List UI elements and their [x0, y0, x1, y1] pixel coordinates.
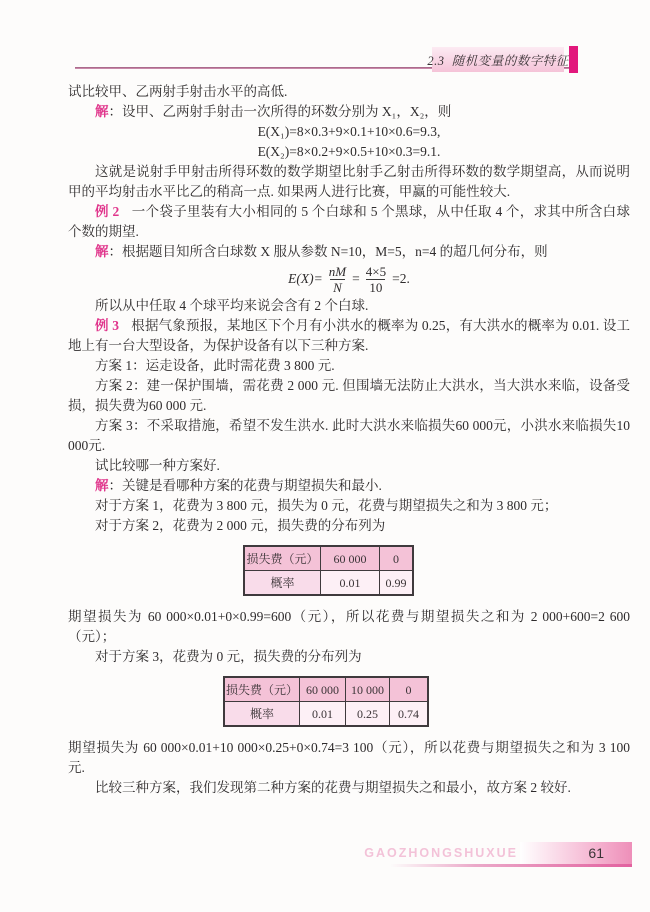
table-cell: 0.01	[300, 702, 346, 727]
paragraph: 方案 3：不采取措施，希望不发生洪水. 此时大洪水来临损失60 000元，小洪水…	[68, 416, 630, 456]
table-cell: 0.74	[390, 702, 429, 727]
paragraph: 期望损失为 60 000×0.01+10 000×0.25+0×0.74=3 1…	[68, 738, 630, 778]
paragraph: 例 2一个袋子里装有大小相同的 5 个白球和 5 个黑球，从中任取 4 个，求其…	[68, 202, 630, 242]
fraction-numerator: 4×5	[363, 264, 389, 279]
header-accent-bar	[569, 46, 578, 73]
table-cell: 概率	[244, 571, 321, 596]
solution-label: 解	[95, 244, 109, 259]
paragraph: 对于方案 1，花费为 3 800 元，损失为 0 元，花费与期望损失之和为 3 …	[68, 496, 630, 516]
footer-brand: GAOZHONGSHUXUE	[364, 846, 518, 860]
fraction: nMN	[326, 264, 349, 295]
paragraph-text: 一个袋子里装有大小相同的 5 个白球和 5 个黑球，从中任取 4 个，求其中所含…	[68, 204, 630, 239]
equals-sign: =	[352, 264, 360, 294]
fraction: 4×510	[363, 264, 389, 295]
table-row: 损失费（元） 60 000 0	[244, 546, 413, 571]
solution-label: 解	[95, 478, 109, 493]
paragraph: 对于方案 2，花费为 2 000 元，损失费的分布列为	[68, 516, 630, 536]
table-cell: 0	[390, 677, 429, 702]
table-cell: 0	[380, 546, 414, 571]
formula-lead: E(X)=	[288, 264, 323, 294]
paragraph-text: ：设甲、乙两射手射击一次所得的环数分别为 X₁，X₂，则	[109, 104, 452, 119]
paragraph: 方案 2：建一保护围墙，需花费 2 000 元. 但围墙无法防止大洪水，当大洪水…	[68, 376, 630, 416]
section-label: 2.3 随机变量的数字特征	[427, 51, 568, 69]
table-cell: 60 000	[300, 677, 346, 702]
table-row: 损失费（元） 60 000 10 000 0	[224, 677, 428, 702]
example-label: 例 3	[95, 318, 119, 333]
formula-line: E(X)=nMN=4×510=2.	[68, 262, 630, 296]
page-content: 试比较甲、乙两射手射击水平的高低. 解：设甲、乙两射手射击一次所得的环数分别为 …	[68, 82, 630, 798]
page-number-box: 61	[520, 842, 632, 864]
table-row: 概率 0.01 0.25 0.74	[224, 702, 428, 727]
solution-label: 解	[95, 104, 109, 119]
table-cell: 10 000	[346, 677, 390, 702]
formula-line: E(X₁)=8×0.3+9×0.1+10×0.6=9.3,	[68, 122, 630, 142]
table-cell: 0.25	[346, 702, 390, 727]
table-cell: 60 000	[321, 546, 380, 571]
paragraph: 对于方案 3，花费为 0 元，损失费的分布列为	[68, 647, 630, 667]
paragraph-text: 根据气象预报，某地区下个月有小洪水的概率为 0.25，有大洪水的概率为 0.01…	[68, 318, 630, 353]
table-cell: 0.01	[321, 571, 380, 596]
table-cell: 概率	[224, 702, 300, 727]
paragraph: 试比较甲、乙两射手射击水平的高低.	[68, 82, 630, 102]
footer-rule	[390, 864, 632, 867]
distribution-table-plan2: 损失费（元） 60 000 0 概率 0.01 0.99	[243, 545, 414, 596]
formula-line: E(X₂)=8×0.2+9×0.5+10×0.3=9.1.	[68, 142, 630, 162]
table-row: 概率 0.01 0.99	[244, 571, 413, 596]
page-number: 61	[588, 845, 604, 861]
table-cell: 0.99	[380, 571, 414, 596]
textbook-page: 2.3 随机变量的数字特征 试比较甲、乙两射手射击水平的高低. 解：设甲、乙两射…	[0, 0, 650, 912]
paragraph: 解：根据题目知所含白球数 X 服从参数 N=10，M=5，n=4 的超几何分布，…	[68, 242, 630, 262]
paragraph: 方案 1：运走设备，此时需花费 3 800 元.	[68, 356, 630, 376]
paragraph-text: ：关键是看哪种方案的花费与期望损失和最小.	[109, 478, 382, 493]
paragraph: 所以从中任取 4 个球平均来说会含有 2 个白球.	[68, 296, 630, 316]
paragraph-text: ：根据题目知所含白球数 X 服从参数 N=10，M=5，n=4 的超几何分布，则	[109, 244, 548, 259]
fraction-denominator: N	[330, 279, 345, 295]
paragraph: 试比较哪一种方案好.	[68, 456, 630, 476]
fraction-numerator: nM	[326, 264, 349, 279]
formula-result: =2.	[392, 264, 410, 294]
paragraph: 比较三种方案，我们发现第二种方案的花费与期望损失之和最小，故方案 2 较好.	[68, 778, 630, 798]
paragraph: 例 3根据气象预报，某地区下个月有小洪水的概率为 0.25，有大洪水的概率为 0…	[68, 316, 630, 356]
page-footer: GAOZHONGSHUXUE 61	[364, 842, 632, 864]
paragraph: 期望损失为 60 000×0.01+0×0.99=600（元），所以花费与期望损…	[68, 607, 630, 647]
distribution-table-plan3: 损失费（元） 60 000 10 000 0 概率 0.01 0.25 0.74	[223, 676, 429, 727]
paragraph: 解：关键是看哪种方案的花费与期望损失和最小.	[68, 476, 630, 496]
table-cell: 损失费（元）	[224, 677, 300, 702]
table-cell: 损失费（元）	[244, 546, 321, 571]
paragraph: 这就是说射手甲射击所得环数的数学期望比射手乙射击所得环数的数学期望高，从而说明甲…	[68, 162, 630, 202]
paragraph: 解：设甲、乙两射手射击一次所得的环数分别为 X₁，X₂，则	[68, 102, 630, 122]
fraction-denominator: 10	[366, 279, 385, 295]
example-label: 例 2	[95, 204, 119, 219]
section-label-box: 2.3 随机变量的数字特征	[432, 47, 564, 72]
